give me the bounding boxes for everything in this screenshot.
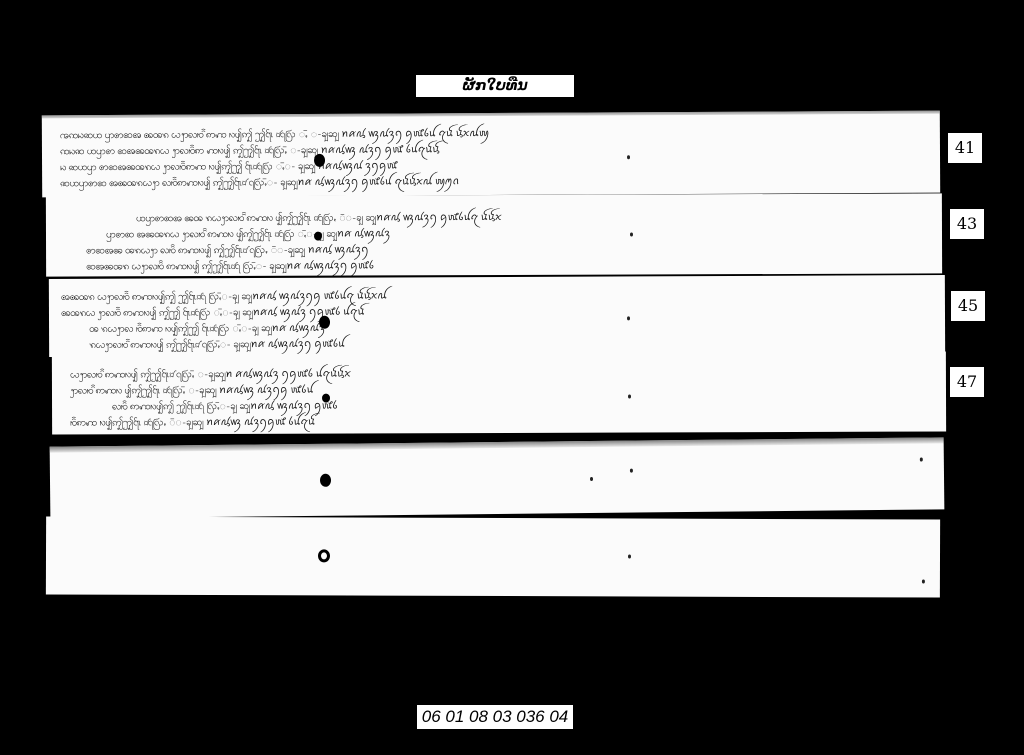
page-number-label: 45 xyxy=(951,291,985,321)
document-title-label: ຜັກໃບທືນ xyxy=(416,75,574,97)
binding-hole-small xyxy=(628,554,631,558)
page-number-label: 41 xyxy=(948,133,982,163)
binding-hole-small xyxy=(627,155,630,159)
speck xyxy=(920,458,923,462)
manuscript-leaf-blank xyxy=(50,437,945,518)
binding-hole xyxy=(314,232,322,241)
leaf-text-line: ꩣꩤꩥꩦꩧ ꩨꩩꩪꩫꩬꩭ ꩮꩯꩰꩱꩲꩳꩴ ꩵꩶ꩷꩸ ꩹ꩺꩻꩼꩽ ꩾꩿꪀꪁ ꪂꪃꪄ… xyxy=(60,169,930,195)
binding-hole xyxy=(320,474,331,487)
binding-hole xyxy=(318,549,330,562)
catalog-code-label: 06 01 08 03 036 04 xyxy=(417,705,573,729)
speck xyxy=(590,477,593,481)
manuscript-leaf: ꩬꩭꩮꩯ ꩰꩱꩲꩳꩴ ꩵꩶ꩷꩸ ꩹ꩺꩻꩼ ꩽꩾꩿꪀ ꪁꪂꪃꪄꪅ ꪆꪇꪈꪉ ꪊꪋꪌ… xyxy=(52,351,946,434)
manuscript-leaf: ꩨꩩꩪꩫ ꩬꩭꩮꩯꩰ ꩱꩲꩳꩴꩵ ꩶ꩷꩸꩹ ꩺꩻꩼꩽꩾ ꩿꪀꪁꪂ ꪃꪄꪅꪆꪇ ꪈ… xyxy=(49,275,945,357)
leaf-text-line: ꩧꩨꩩꩪꩫ ꩬꩭꩮꩯꩰ ꩱꩲꩳꩴ ꩵꩶ꩷꩸꩹ ꩺꩻꩼꩽ ꩾꩿꪀꪁ ꪂꪃꪄꪅꪆ ꪇ… xyxy=(86,253,926,276)
binding-hole xyxy=(319,316,330,329)
speck xyxy=(922,579,925,583)
manuscript-leaf: ꩠꩡꩢꩣꩤ ꩥꩦꩧꩨ ꩩꩪꩫ ꩬꩭꩮꩯ ꩰꩱꩲ ꩳꩴꩵ ꩶ꩷ ꩸꩹ꩺ ꩻꩼ ꩽꩾ… xyxy=(42,111,940,198)
binding-hole-small xyxy=(628,395,631,399)
binding-hole xyxy=(314,154,325,167)
page-number-label: 47 xyxy=(950,367,984,397)
leaf-text-line: ꩯꩰꩱꩲ ꩳꩴꩵꩶ꩷ ꩸꩹ꩺꩻ ꩼꩽꩾꩿ ꪀꪁꪂꪃ ꪄꪅꪆꪇꪈ ꪉꪊꪋꪌ xyxy=(70,409,930,433)
binding-hole-small xyxy=(627,316,630,320)
binding-hole-small xyxy=(630,233,633,237)
manuscript-leaf-blank xyxy=(46,516,940,597)
binding-hole xyxy=(322,394,330,403)
page-number-label: 43 xyxy=(950,209,984,239)
binding-hole-small xyxy=(630,469,633,473)
manuscript-leaf: ꩤꩥꩦꩧꩨ ꩩꩪ ꩫꩬꩭꩮꩯ ꩰꩱꩲꩳ ꩴꩵꩶ꩷ ꩸꩹ꩺꩻ ꩼꩽꩾ ꩿꪀꪁꪂ ꪃ… xyxy=(46,193,942,276)
